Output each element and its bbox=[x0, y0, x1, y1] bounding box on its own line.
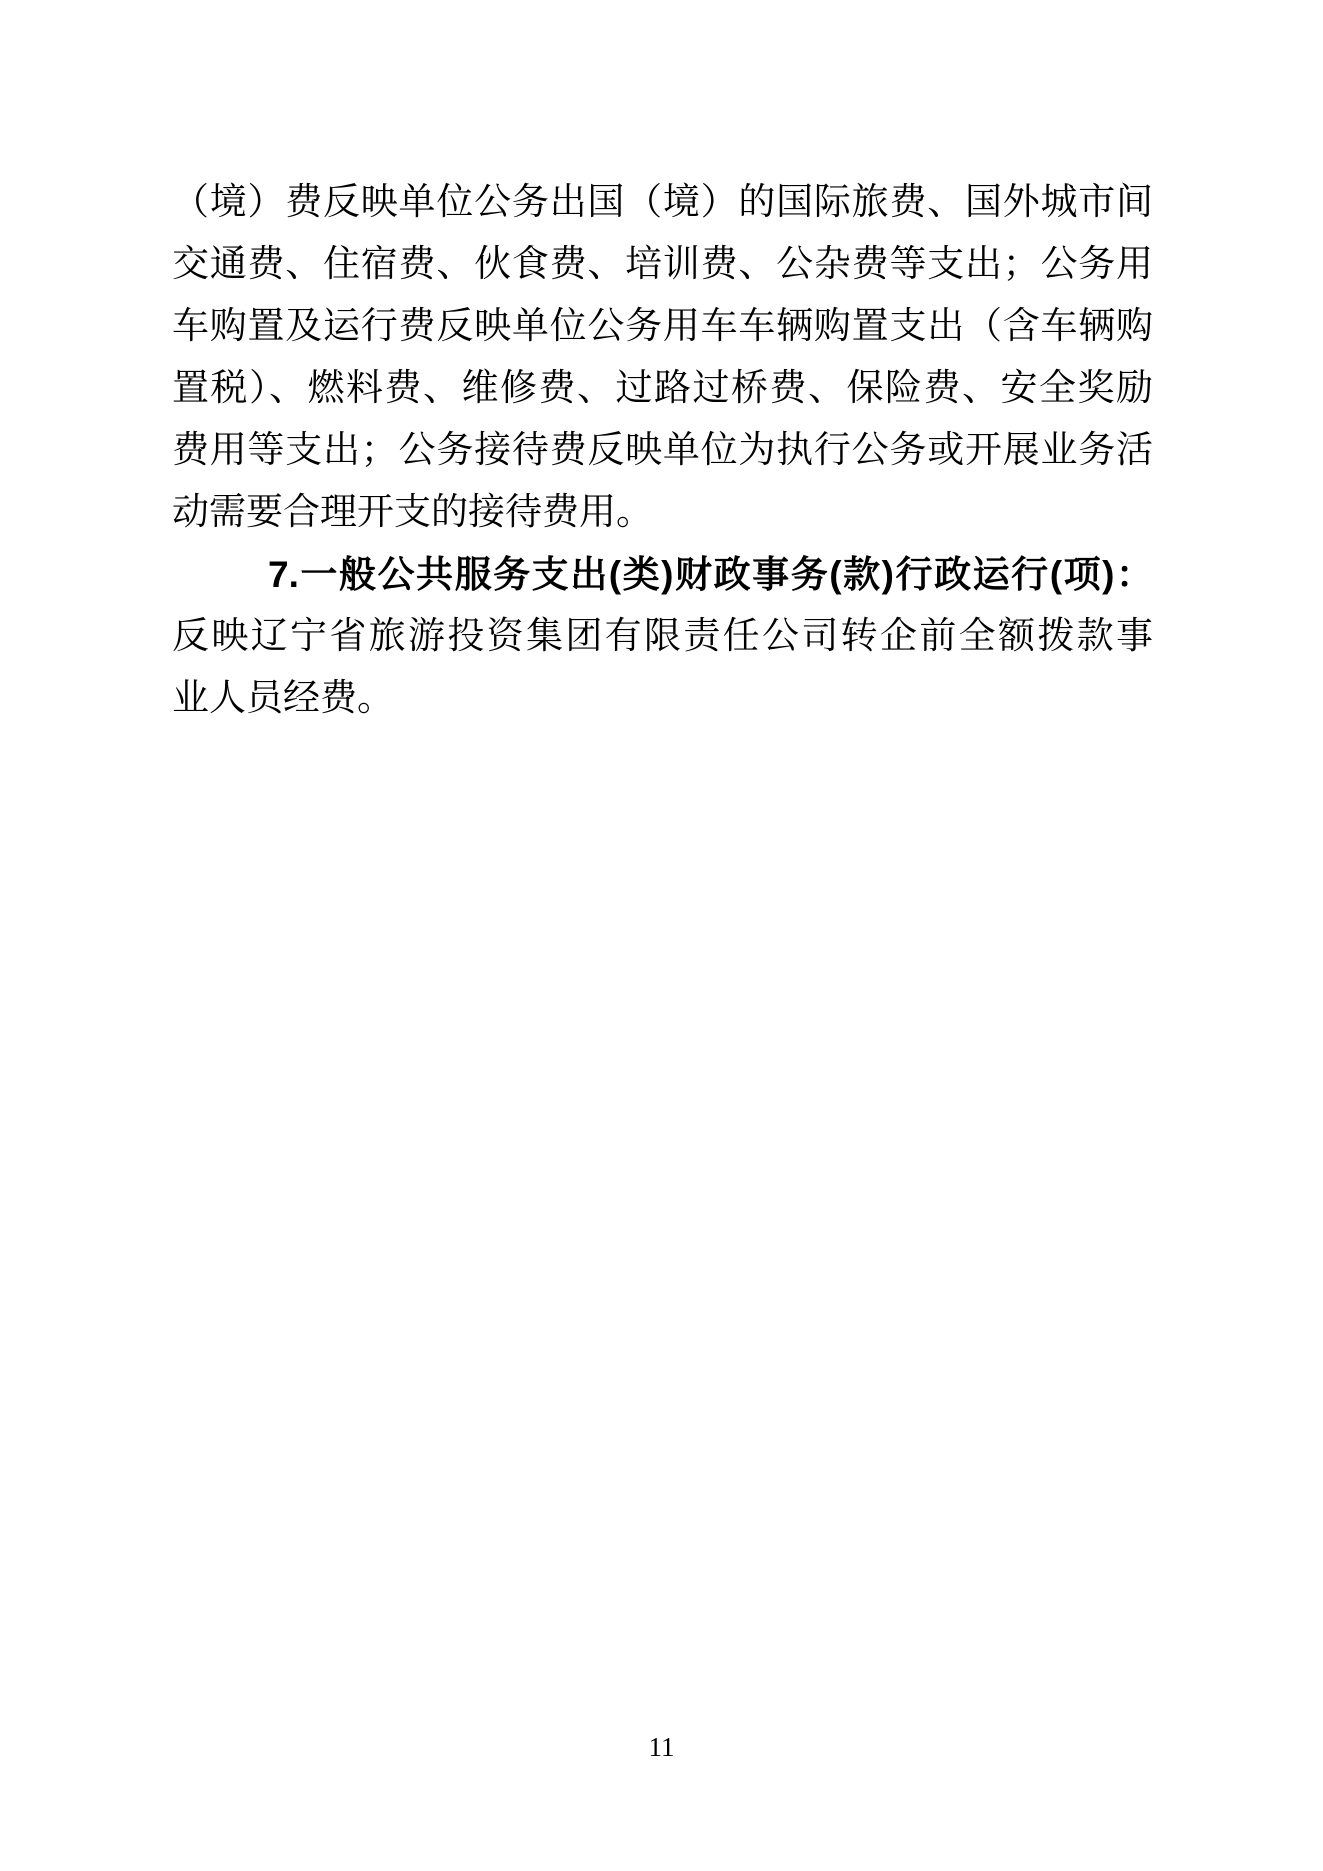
text-line: 置税）、燃料费、维修费、过路过桥费、保险费、安全奖励 bbox=[172, 358, 1153, 420]
text-line: 车购置及运行费反映单位公务用车车辆购置支出（含车辆购 bbox=[172, 296, 1153, 358]
section-7-heading: 7.一般公共服务支出(类)财政事务(款)行政运行(项)： bbox=[172, 544, 1153, 606]
text-line: 费用等支出；公务接待费反映单位为执行公务或开展业务活 bbox=[172, 420, 1153, 482]
document-page: （境）费反映单位公务出国（境）的国际旅费、国外城市间 交通费、住宿费、伙食费、培… bbox=[0, 0, 1323, 1871]
text-block: （境）费反映单位公务出国（境）的国际旅费、国外城市间 交通费、住宿费、伙食费、培… bbox=[172, 172, 1153, 730]
text-line: 反映辽宁省旅游投资集团有限责任公司转企前全额拨款事 bbox=[172, 606, 1153, 668]
text-line: 交通费、住宿费、伙食费、培训费、公杂费等支出；公务用 bbox=[172, 234, 1153, 296]
text-line: （境）费反映单位公务出国（境）的国际旅费、国外城市间 bbox=[172, 172, 1153, 234]
page-number: 11 bbox=[0, 1732, 1323, 1762]
text-line: 业人员经费。 bbox=[172, 668, 1153, 730]
text-line: 动需要合理开支的接待费用。 bbox=[172, 482, 1153, 544]
